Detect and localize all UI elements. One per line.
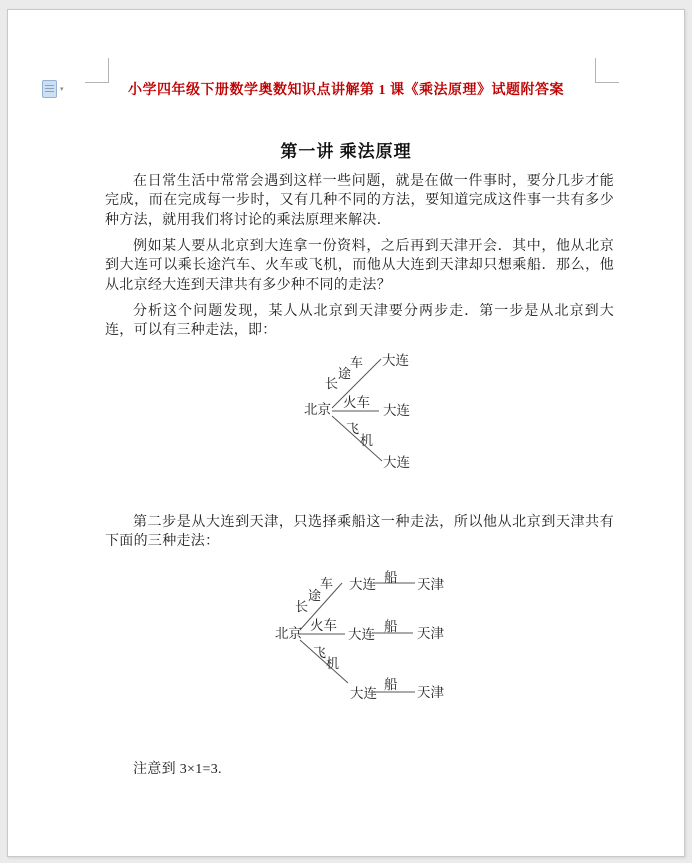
ship-label-top: 船 xyxy=(384,571,398,585)
app-background: { "icons": { "paste_options": "clipboard… xyxy=(0,0,692,863)
document-page: ▾ 小学四年级下册数学奥数知识点讲解第 1 课《乘法原理》试题附答案 第一讲 乘… xyxy=(7,9,685,857)
node-dalian-top: 大连 xyxy=(382,354,409,368)
ship-label-bottom: 船 xyxy=(384,678,398,692)
note-line: 注意到 3×1=3. xyxy=(105,760,614,779)
paragraph-analysis-step1: 分析这个问题发现，某人从北京到天津要分两步走．第一步是从北京到大连，可以有三种走… xyxy=(105,302,614,341)
margin-mark-top-right xyxy=(595,58,619,83)
node-tianjin-top: 天津 xyxy=(417,578,444,592)
bus-label-char-3: 车 xyxy=(320,577,333,591)
node-dalian-bottom: 大连 xyxy=(350,687,377,701)
page-title: 小学四年级下册数学奥数知识点讲解第 1 课《乘法原理》试题附答案 xyxy=(8,82,684,100)
paragraph-example: 例如某人要从北京到大连拿一份资料，之后再到天津开会．其中，他从北京到大连可以乘长… xyxy=(105,237,614,295)
bus-label-char-1: 长 xyxy=(325,377,338,391)
plane-label-char-2: 机 xyxy=(360,434,373,448)
train-label: 火车 xyxy=(310,619,337,633)
paragraph-analysis-step2: 第二步是从大连到天津，只选择乘船这一种走法，所以他从北京到天津共有下面的三种走法… xyxy=(105,513,614,552)
train-label: 火车 xyxy=(343,396,370,410)
node-dalian-bottom: 大连 xyxy=(383,456,410,470)
bus-label-char-1: 长 xyxy=(295,600,308,614)
node-dalian-mid: 大连 xyxy=(348,628,375,642)
bus-label-char-2: 途 xyxy=(308,589,321,603)
node-tianjin-mid: 天津 xyxy=(417,627,444,641)
diagram1-lines xyxy=(280,350,455,485)
node-tianjin-bottom: 天津 xyxy=(417,686,444,700)
node-beijing: 北京 xyxy=(275,627,302,641)
node-beijing: 北京 xyxy=(304,403,331,417)
margin-mark-top-left xyxy=(85,58,109,83)
ship-label-mid: 船 xyxy=(384,620,398,634)
route-diagram-step2: 北京 长 途 车 火车 飞 机 大连 船 天津 大连 船 天津 大连 船 天津 xyxy=(270,570,465,710)
paragraph-intro: 在日常生活中常常会遇到这样一些问题，就是在做一件事时，要分几步才能完成，而在完成… xyxy=(105,172,614,230)
node-dalian-mid: 大连 xyxy=(383,404,410,418)
bus-label-char-3: 车 xyxy=(350,356,363,370)
route-diagram-step1: 北京 长 途 车 火车 飞 机 大连 大连 大连 xyxy=(280,350,455,485)
section-heading: 第一讲 乘法原理 xyxy=(8,137,684,162)
plane-label-char-2: 机 xyxy=(326,657,339,671)
plane-label-char-1: 飞 xyxy=(313,646,326,660)
node-dalian-top: 大连 xyxy=(349,578,376,592)
plane-label-char-1: 飞 xyxy=(346,422,359,436)
